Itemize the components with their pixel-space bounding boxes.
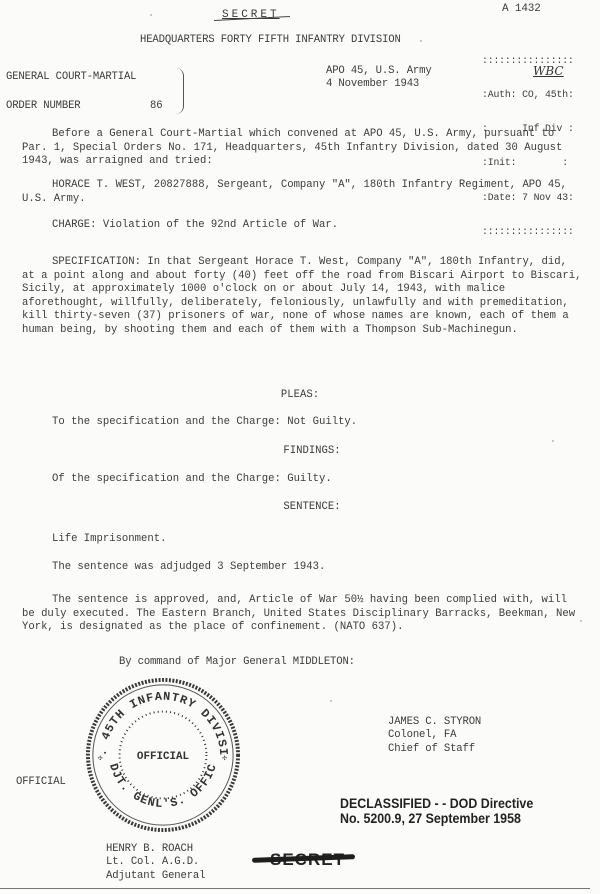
declassified-line-2: No. 5200.9, 27 September 1958	[340, 811, 521, 826]
svg-text:HQ. 45TH INFANTRY DIVISION: HQ. 45TH INFANTRY DIVISION	[84, 676, 230, 757]
accused-text: HORACE T. WEST, 20827888, Sergeant, Comp…	[22, 179, 567, 205]
approval-paragraph: The sentence is approved, and, Article o…	[22, 594, 582, 635]
sentence-paragraph: Life Imprisonment.	[22, 533, 582, 547]
pleas-heading: PLEAS:	[0, 389, 600, 401]
order-date: 4 November 1943	[326, 78, 419, 90]
declassified-stamp: DECLASSIFIED - - DOD Directive No. 5200.…	[340, 796, 533, 826]
by-command: By command of Major General MIDDLETON:	[119, 656, 355, 668]
struck-classification-stamp: SECRET	[270, 850, 345, 870]
chief-of-staff-name: JAMES C. STYRON	[388, 716, 481, 728]
seal-top-text: HQ. 45TH INFANTRY DIVISION	[84, 676, 230, 757]
order-number-label: ORDER NUMBER	[6, 100, 81, 112]
location: APO 45, U.S. Army	[326, 65, 432, 77]
findings-text: Of the specification and the Charge: Gui…	[52, 473, 332, 485]
adjutant-title: Adjutant General	[106, 870, 205, 882]
auth-row: :Auth: CO, 45th:	[482, 89, 574, 100]
specification-text: SPECIFICATION: In that Sergeant Horace T…	[22, 256, 581, 336]
scan-speck	[150, 14, 152, 16]
seal-star-left-icon: ✣	[98, 754, 103, 763]
intro-paragraph: Before a General Court-Martial which con…	[22, 128, 582, 169]
charge-paragraph: CHARGE: Violation of the 92nd Article of…	[22, 219, 582, 233]
page-bottom-edge	[0, 888, 590, 889]
findings-heading: FINDINGS:	[12, 445, 600, 457]
headquarters-title: HEADQUARTERS FORTY FIFTH INFANTRY DIVISI…	[140, 34, 401, 46]
official-label: OFFICIAL	[16, 776, 66, 788]
handwritten-initials: WBC	[533, 64, 569, 78]
scan-speck	[552, 440, 554, 442]
accused-paragraph: HORACE T. WEST, 20827888, Sergeant, Comp…	[22, 179, 582, 206]
chief-of-staff-rank: Colonel, FA	[388, 729, 456, 741]
chief-of-staff-block: JAMES C. STYRON Colonel, FA Chief of Sta…	[388, 716, 481, 756]
scan-speck	[330, 700, 332, 702]
adjudged-text: The sentence was adjudged 3 September 19…	[52, 561, 325, 573]
pleas-paragraph: To the specification and the Charge: Not…	[22, 416, 582, 430]
document-id: A 1432	[502, 3, 541, 15]
charge-text: CHARGE: Violation of the 92nd Article of…	[52, 219, 338, 231]
intro-text: Before a General Court-Martial which con…	[22, 128, 562, 167]
scan-speck	[580, 620, 582, 622]
adjutant-rank: Lt. Col. A.G.D.	[106, 856, 199, 868]
approval-text: The sentence is approved, and, Article o…	[22, 594, 575, 633]
auth-value: CO, 45th:	[522, 89, 574, 100]
findings-paragraph: Of the specification and the Charge: Gui…	[22, 473, 582, 487]
adjutant-name: HENRY B. ROACH	[106, 843, 193, 855]
sentence-heading: SENTENCE:	[12, 501, 600, 513]
chief-of-staff-title: Chief of Staff	[388, 743, 475, 755]
pleas-text: To the specification and the Charge: Not…	[52, 416, 357, 428]
seal-star-right-icon: ✣	[222, 754, 227, 763]
auth-label: :Auth:	[482, 89, 516, 100]
brace-divider	[175, 68, 184, 114]
scan-speck	[420, 40, 422, 42]
specification-paragraph: SPECIFICATION: In that Sergeant Horace T…	[22, 256, 582, 338]
adjudged-paragraph: The sentence was adjudged 3 September 19…	[22, 561, 582, 575]
order-type: GENERAL COURT-MARTIAL	[6, 71, 136, 83]
seal-center-text: OFFICIAL	[137, 751, 189, 763]
classification-header: SECRET	[222, 9, 280, 21]
official-seal-stamp: HQ. 45TH INFANTRY DIVISION ADJT. GENL'S.…	[84, 676, 242, 834]
order-number: 86	[150, 100, 162, 112]
adjutant-block: HENRY B. ROACH Lt. Col. A.G.D. Adjutant …	[106, 843, 205, 883]
sentence-text: Life Imprisonment.	[52, 533, 166, 545]
declassified-line-1: DECLASSIFIED - - DOD Directive	[340, 796, 533, 811]
